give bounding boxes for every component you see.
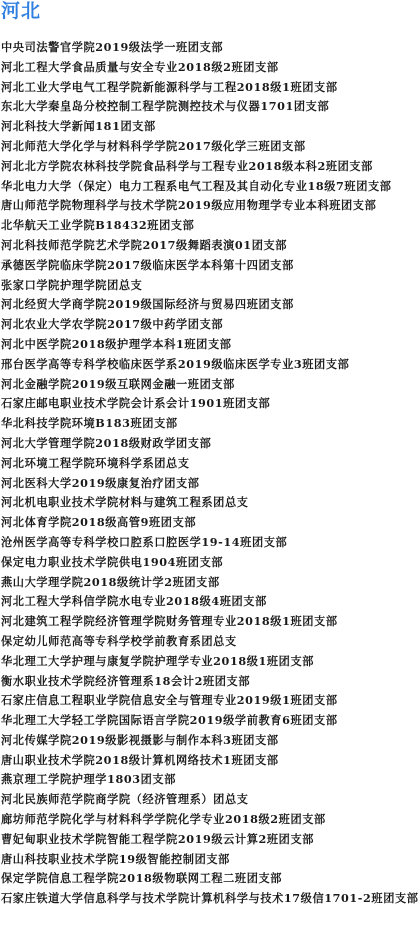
list-item: 河北环境工程学院环境科学系团总支 (1, 454, 419, 474)
list-item: 河北传媒学院2019级影视摄影与制作本科3班团支部 (1, 731, 419, 751)
list-item: 东北大学秦皇岛分校控制工程学院测控技术与仪器1701团支部 (1, 97, 419, 117)
list-item: 河北大学管理学院2018级财政学团支部 (1, 434, 419, 454)
branch-list: 中央司法警官学院2019级法学一班团支部 河北工程大学食品质量与安全专业2018… (1, 38, 419, 909)
list-item: 河北农业大学农学院2017级中药学团支部 (1, 315, 419, 335)
list-item: 唐山科技职业技术学院19级智能控制团支部 (1, 850, 419, 870)
list-item: 华北科技学院环境B183班团支部 (1, 414, 419, 434)
list-item: 河北工程大学食品质量与安全专业2018级2班团支部 (1, 58, 419, 78)
list-item: 张家口学院护理学院团总支 (1, 276, 419, 296)
list-item: 燕山大学理学院2018级统计学2班团支部 (1, 573, 419, 593)
list-item: 曹妃甸职业技术学院智能工程学院2019级云计算2班团支部 (1, 830, 419, 850)
list-item: 邢台医学高等专科学校临床医学系2019级临床医学专业3班团支部 (1, 355, 419, 375)
list-item: 廊坊师范学院化学与材料科学学院化学专业2018级2班团支部 (1, 810, 419, 830)
list-item: 石家庄铁道大学信息科学与技术学院计算机科学与技术17级信1701-2班团支部 (1, 889, 419, 909)
list-item: 河北中医学院2018级护理学本科1班团支部 (1, 335, 419, 355)
list-item: 燕京理工学院护理学1803团支部 (1, 770, 419, 790)
list-item: 河北师范大学化学与材料科学学院2017级化学三班团支部 (1, 137, 419, 157)
list-item: 沧州医学高等专科学校口腔系口腔医学19-14班团支部 (1, 533, 419, 553)
list-item: 华北理工大学轻工学院国际语言学院2019级学前教育6班团支部 (1, 711, 419, 731)
list-item: 河北医科大学2019级康复治疗团支部 (1, 474, 419, 494)
list-item: 衡水职业技术学院经济管理系18会计2班团支部 (1, 672, 419, 692)
list-item: 河北民族师范学院商学院（经济管理系）团总支 (1, 790, 419, 810)
list-item: 河北金融学院2019级互联网金融一班团支部 (1, 375, 419, 395)
list-item: 中央司法警官学院2019级法学一班团支部 (1, 38, 419, 58)
list-item: 河北科技师范学院艺术学院2017级舞蹈表演01团支部 (1, 236, 419, 256)
list-item: 唐山师范学院物理科学与技术学院2019级应用物理学专业本科班团支部 (1, 196, 419, 216)
list-item: 华北理工大学护理与康复学院护理学专业2018级1班团支部 (1, 652, 419, 672)
list-item: 河北机电职业技术学院材料与建筑工程系团总支 (1, 493, 419, 513)
list-item: 保定电力职业技术学院供电1904班团支部 (1, 553, 419, 573)
list-item: 河北工程大学科信学院水电专业2018级4班团支部 (1, 592, 419, 612)
list-item: 唐山职业技术学院2018级计算机网络技术1班团支部 (1, 751, 419, 771)
list-item: 河北建筑工程学院经济管理学院财务管理专业2018级1班团支部 (1, 612, 419, 632)
list-item: 河北工业大学电气工程学院新能源科学与工程2018级1班团支部 (1, 78, 419, 98)
list-item: 河北经贸大学商学院2019级国际经济与贸易四班团支部 (1, 295, 419, 315)
list-item: 河北科技大学新闻181团支部 (1, 117, 419, 137)
list-item: 保定学院信息工程学院2018级物联网工程二班团支部 (1, 869, 419, 889)
list-item: 北华航天工业学院B18432班团支部 (1, 216, 419, 236)
list-item: 华北电力大学（保定）电力工程系电气工程及其自动化专业18级7班团支部 (1, 177, 419, 197)
list-item: 承德医学院临床学院2017级临床医学本科第十四团支部 (1, 256, 419, 276)
province-heading: 河北 (1, 0, 41, 22)
list-item: 石家庄邮电职业技术学院会计系会计1901班团支部 (1, 394, 419, 414)
list-item: 河北体育学院2018级高管9班团支部 (1, 513, 419, 533)
list-item: 保定幼儿师范高等专科学校学前教育系团总支 (1, 632, 419, 652)
list-item: 河北北方学院农林科技学院食品科学与工程专业2018级本科2班团支部 (1, 157, 419, 177)
list-item: 石家庄信息工程职业学院信息安全与管理专业2019级1班团支部 (1, 691, 419, 711)
